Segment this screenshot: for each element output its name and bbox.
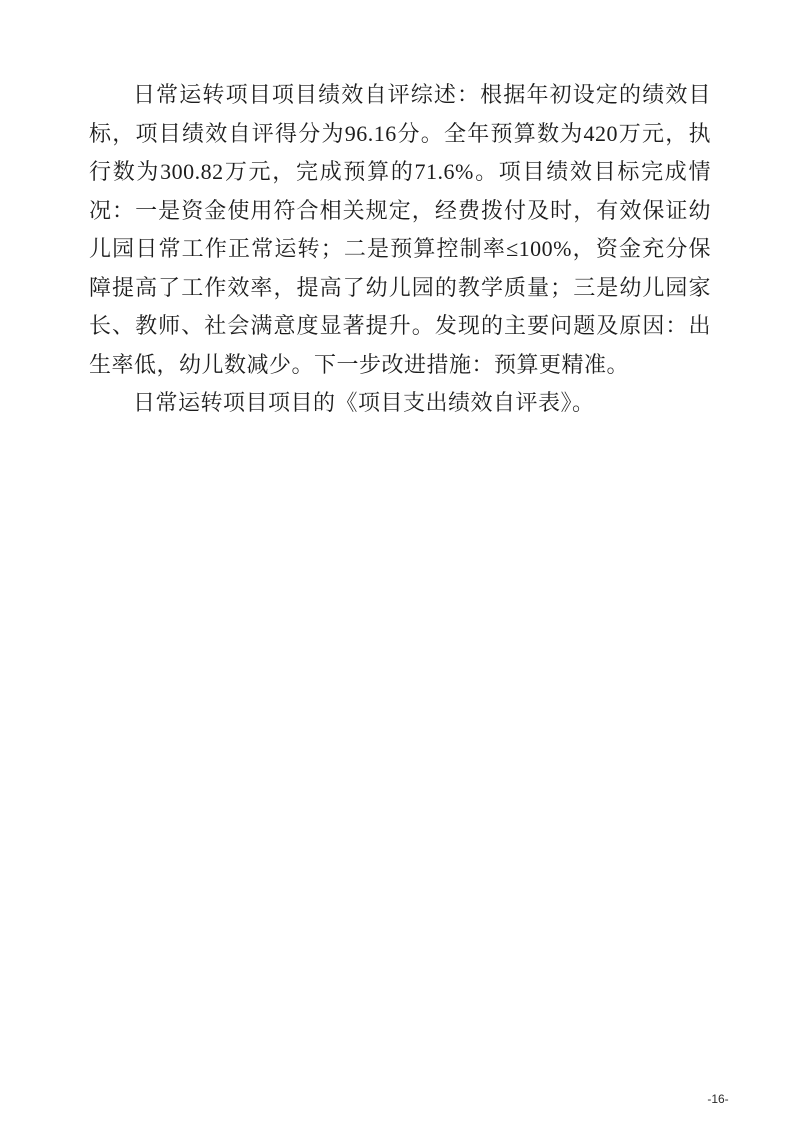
document-page: 日常运转项目项目绩效自评综述：根据年初设定的绩效目标，项目绩效自评得分为96.1… [0, 0, 793, 1122]
text-block: 日常运转项目项目绩效自评综述：根据年初设定的绩效目标，项目绩效自评得分为96.1… [89, 76, 711, 423]
paragraph-self-evaluation-summary: 日常运转项目项目绩效自评综述：根据年初设定的绩效目标，项目绩效自评得分为96.1… [89, 76, 711, 384]
paragraph-self-evaluation-table-note: 日常运转项目项目的《项目支出绩效自评表》。 [89, 384, 711, 423]
page-number: -16- [698, 1092, 738, 1106]
